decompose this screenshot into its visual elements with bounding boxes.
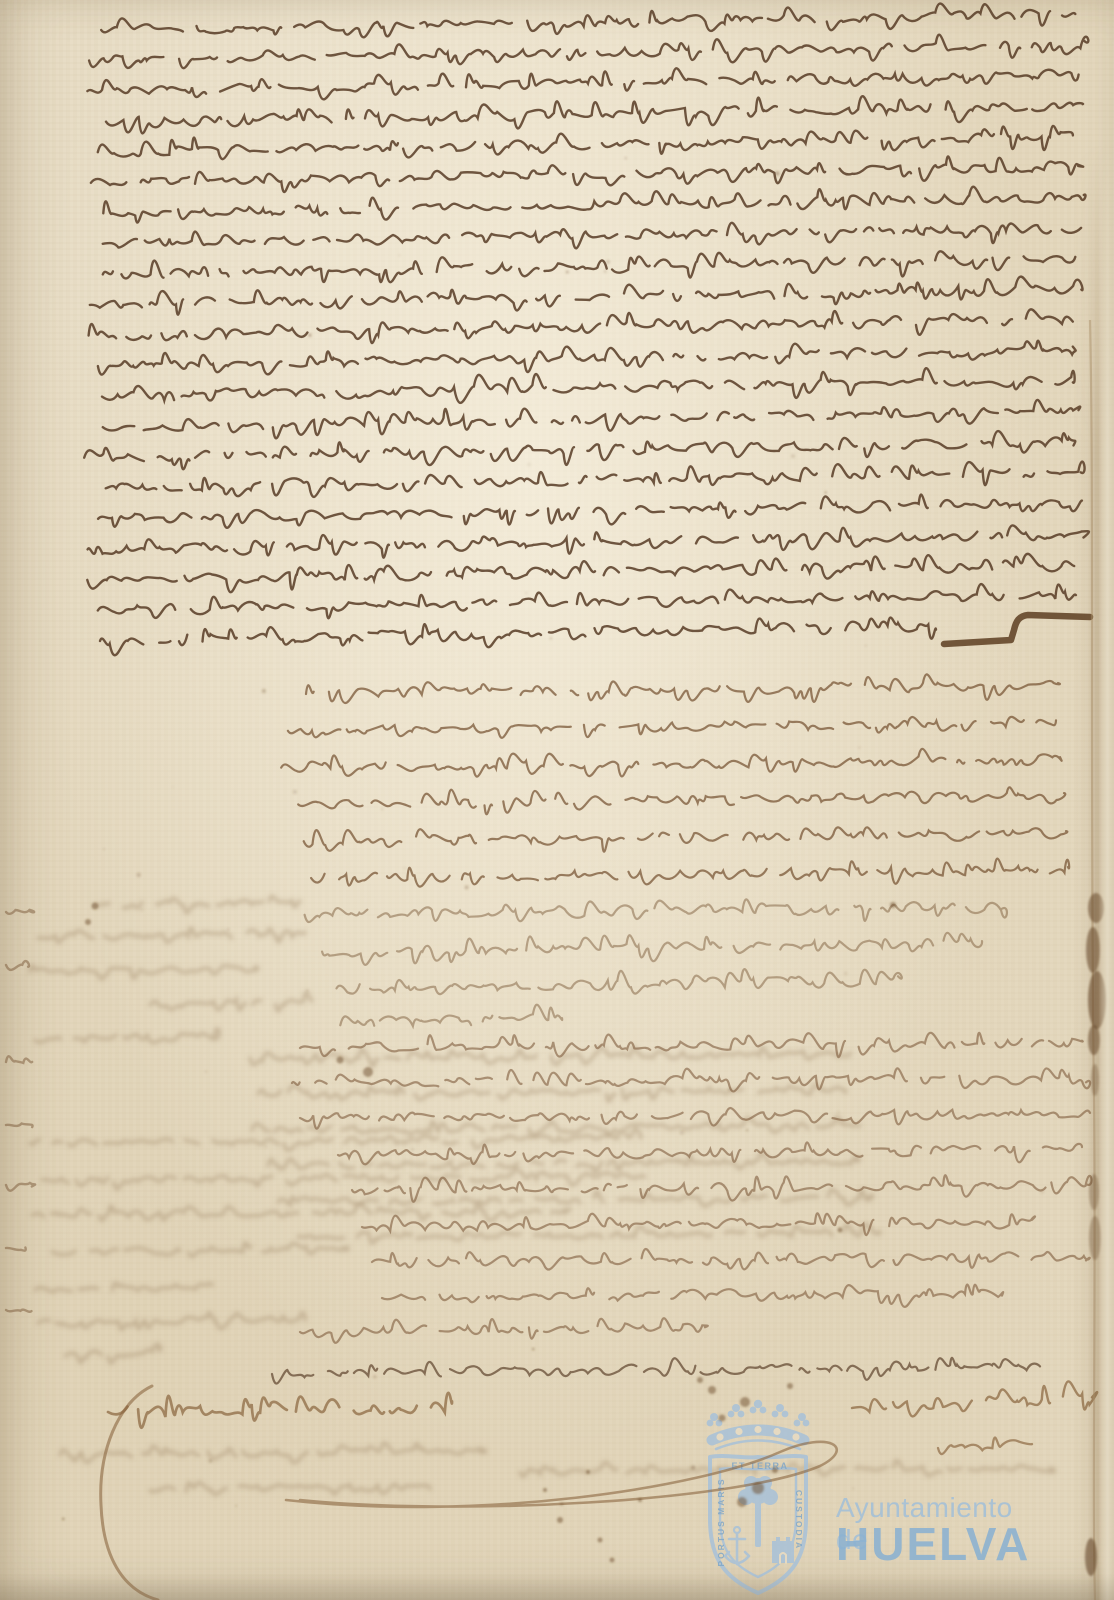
- handwriting-ink-layer: [0, 0, 1114, 1600]
- crest-motto-right: CUSTODIA: [794, 1468, 804, 1572]
- huelva-crest-icon: [702, 1399, 814, 1599]
- huelva-watermark: ET TERRA PORTUS MARIS CUSTODIA Ayuntamie…: [700, 1393, 1050, 1600]
- handwriting-block-main-text: [84, 4, 1090, 656]
- crest-motto-top: ET TERRA: [720, 1461, 800, 1471]
- ink-stains: [62, 152, 1045, 1563]
- signature-left: [101, 1386, 837, 1600]
- watermark-org-name: Ayuntamiento de: [836, 1492, 1050, 1556]
- handwriting-block-cabildo-paragraph: [281, 674, 1069, 1026]
- bleedthrough-text: [30, 896, 1055, 1494]
- handwriting-closing-line: [272, 1358, 1040, 1384]
- crest-motto-left: PORTUS MARIS: [716, 1470, 726, 1574]
- watermark-city-name: HUELVA: [836, 1517, 1030, 1571]
- left-margin-marks: [6, 910, 35, 1312]
- handwriting-block-lower-entries: [292, 1033, 1091, 1343]
- page-bottom-shadow: [0, 1574, 1114, 1600]
- signature-right: [852, 1381, 1097, 1454]
- bleedthrough-layer: [0, 0, 1114, 1600]
- manuscript-page: ET TERRA PORTUS MARIS CUSTODIA Ayuntamie…: [0, 0, 1114, 1600]
- page-fold-right-edge: [1072, 0, 1114, 1600]
- fold-crease-stains: [1085, 320, 1106, 1600]
